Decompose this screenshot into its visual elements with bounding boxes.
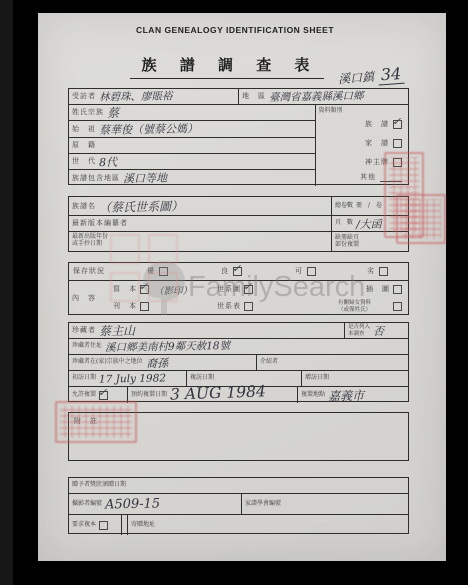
familysearch-watermark-text: FamilySearch: [188, 271, 365, 304]
ancestor-label: 始 祖: [72, 125, 96, 133]
copy-date-label: 預約複製日期: [131, 392, 167, 399]
serial-number-handwritten: 溪口鎮 34: [337, 64, 404, 88]
holder-address-label: 珍藏者住址: [72, 343, 102, 350]
copy-request-checkbox: [99, 521, 108, 530]
included-cell: 是否列入 本調查 否: [344, 323, 408, 338]
included-label: 是否列入 本調查: [348, 324, 370, 337]
admin-table: 贈予者獎狀頒贈日期 攝影者編號 A509-15 家譜學會編號 要求複本: [68, 477, 409, 534]
second-visit-label: 複訪日期: [190, 375, 214, 382]
condition-option-label: 劣: [367, 267, 375, 275]
extra-visit-cell: 增訪日期: [301, 371, 408, 386]
serial-no: 34: [377, 64, 405, 86]
film-edge: [0, 0, 13, 585]
generations-label: 世 代: [72, 157, 96, 165]
content-item-label: 插 圖: [366, 285, 390, 293]
photographer-value: A509-15: [105, 496, 160, 512]
clan-cell: 姓氏宗族 蔡: [69, 105, 315, 120]
society-number-label: 家譜學會編號: [245, 501, 281, 508]
pages-label: 頁 數: [335, 220, 353, 227]
category-label: 資料類別: [319, 108, 343, 115]
category-checkbox-zupu: [393, 120, 402, 129]
interviewee-cell: 受訪者 林碧珠、廖賬裕: [69, 89, 238, 104]
title-label: 族譜名: [72, 202, 96, 210]
pink-stamp-glyph: [110, 234, 140, 264]
award-date-cell: 贈予者獎狀頒贈日期: [69, 478, 408, 493]
coverage-cell: 族譜包含地區 溪口等地: [69, 170, 315, 186]
copy-request-cell: 要求複本: [69, 515, 121, 535]
coverage-value: 溪口等地: [123, 170, 167, 187]
category-option-label: 家 譜: [365, 139, 389, 147]
basic-info-table: 受訪者 林碧珠、廖賬裕 地 區 臺灣省嘉義縣溪口鄉 姓氏宗族 蔡: [68, 88, 409, 185]
total-volumes-units: 冊 / 卷: [356, 203, 382, 210]
holder-name-cell: 珍藏者 蔡主山: [69, 323, 344, 338]
missing-label2: 部份複製: [335, 241, 359, 248]
content-label-cell: 內 容: [69, 281, 113, 316]
content-checkbox-illustrations: [393, 285, 402, 294]
compiler-cell: 最新版本編纂者: [69, 216, 331, 230]
first-visit-cell: 初訪日期 17 July 1982: [69, 371, 186, 386]
holder-name-label: 珍藏者: [72, 326, 96, 334]
copy-place-label: 複製地點: [301, 392, 325, 399]
holder-address-value: 溪口鄉美南村9鄰天赦18號: [105, 338, 230, 355]
holder-name-value: 蔡主山: [99, 322, 135, 340]
condition-label: 保存狀況: [73, 267, 105, 275]
genealogy-sheet: CLAN GENEALOGY IDENTIFICATION SHEET 族 譜 …: [38, 13, 446, 561]
title-value: （蔡氏世系圖）: [99, 197, 183, 215]
ancestor-cell: 始 祖 蔡華俊（號蔡公媽）: [69, 121, 315, 137]
category-checkbox-jiapu: [393, 139, 402, 148]
copy-place-value: 嘉義市: [328, 386, 364, 404]
permission-checkbox: [99, 391, 108, 400]
holder-position-label: 珍藏者在(家)宗族中之地位: [72, 359, 143, 366]
title-cell: 族譜名 （蔡氏世系圖）: [69, 197, 331, 215]
introducer-label: 介紹者: [260, 359, 278, 366]
sheet-title-chinese: 族 譜 調 查 表: [130, 54, 325, 79]
copy-date-cell: 預約複製日期 3 AUG 1984: [127, 387, 297, 403]
total-volumes-label: 總卷數: [335, 203, 353, 210]
interviewee-label: 受訪者: [72, 92, 96, 100]
holder-position-value: 裔孫: [146, 354, 168, 370]
condition-checkbox-poor: [379, 267, 388, 276]
award-date-label: 贈予者獎狀頒贈日期: [72, 482, 126, 489]
pink-stamp-glyph: [148, 234, 178, 264]
content-checkbox-women-data: [393, 302, 402, 311]
category-option: 族 譜: [365, 120, 402, 129]
clan-value: 蔡: [107, 104, 119, 121]
content-label: 內 容: [72, 294, 96, 302]
photographer-cell: 攝影者編號 A509-15: [69, 494, 241, 514]
red-seal-stamp-right: [396, 194, 446, 244]
faint-pink-stamp-watermark: [110, 234, 178, 302]
photographer-label: 攝影者編號: [72, 501, 102, 508]
pink-stamp-glyph: [148, 272, 178, 302]
generations-cell: 世 代 8代: [69, 154, 315, 169]
content-item-label: 刊 本: [113, 302, 137, 310]
clan-label: 姓氏宗族: [72, 108, 104, 116]
origin-cell: 原 籍: [69, 138, 315, 153]
mail-address-cell: 寄贈地址: [127, 515, 408, 535]
pages-value: /大函: [356, 215, 382, 231]
first-visit-value: 17 July 1982: [99, 372, 166, 385]
ancestor-value: 蔡華俊（號蔡公媽）: [99, 120, 198, 138]
pub-year-label2: 或手抄日期: [72, 240, 102, 247]
included-label1: 是否列入: [348, 324, 370, 330]
copy-request-label: 要求複本: [72, 522, 96, 529]
basic-left-column: 姓氏宗族 蔡 始 祖 蔡華俊（號蔡公媽） 原 籍: [69, 105, 315, 186]
mail-address-label: 寄贈地址: [131, 522, 155, 529]
holder-position-cell: 珍藏者在(家)宗族中之地位 裔孫: [69, 355, 256, 370]
interviewee-value: 林碧珠、廖賬裕: [99, 88, 173, 104]
first-visit-label: 初訪日期: [72, 375, 96, 382]
category-option-label: 族 譜: [365, 120, 389, 128]
holder-address-cell: 珍藏者住址 溪口鄉美南村9鄰天赦18號: [69, 339, 408, 354]
area-label: 地 區: [242, 92, 266, 100]
sheet-title-english: CLAN GENEALOGY IDENTIFICATION SHEET: [38, 25, 432, 35]
serial-prefix: 溪口鎮: [338, 70, 375, 86]
red-seal-stamp-bottom-left: [55, 401, 137, 443]
origin-label: 原 籍: [72, 141, 96, 149]
area-value: 臺灣省嘉義縣溪口鄉: [269, 88, 364, 105]
society-number-cell: 家譜學會編號: [241, 494, 408, 514]
extra-visit-label: 增訪日期: [305, 375, 329, 382]
category-option: 家 譜: [365, 139, 402, 148]
pink-stamp-glyph: [110, 272, 140, 302]
missing-label: 缺冊缺頁 部份複製: [335, 235, 359, 249]
area-cell: 地 區 臺灣省嘉義縣溪口鄉: [238, 89, 408, 104]
category-option-label: 其他: [360, 173, 376, 181]
holder-table: 珍藏者 蔡主山 是否列入 本調查 否 珍藏者住址 溪口鄉美南村9鄰天赦18號: [68, 322, 409, 402]
included-label2: 本調查: [348, 331, 365, 337]
generations-value: 8代: [99, 153, 117, 169]
photograph-frame: CLAN GENEALOGY IDENTIFICATION SHEET 族 譜 …: [0, 0, 468, 585]
copy-date-value: 3 AUG 1984: [170, 382, 266, 403]
volume-left-column: 族譜名 （蔡氏世系圖） 最新版本編纂者 最新出版年份 或手抄日期: [69, 197, 331, 251]
included-value: 否: [373, 322, 384, 338]
introducer-cell: 介紹者: [256, 355, 408, 370]
coverage-label: 族譜包含地區: [72, 174, 120, 182]
pub-year-cell: 最新出版年份 或手抄日期: [69, 232, 331, 251]
permission-label: 允許複製: [72, 392, 96, 399]
condition-option: 劣: [367, 267, 388, 276]
women-data-label2: （或僅姓氏）: [338, 307, 371, 313]
copy-place-cell: 複製地點 嘉義市: [297, 387, 408, 403]
compiler-label: 最新版本編纂者: [72, 219, 128, 227]
